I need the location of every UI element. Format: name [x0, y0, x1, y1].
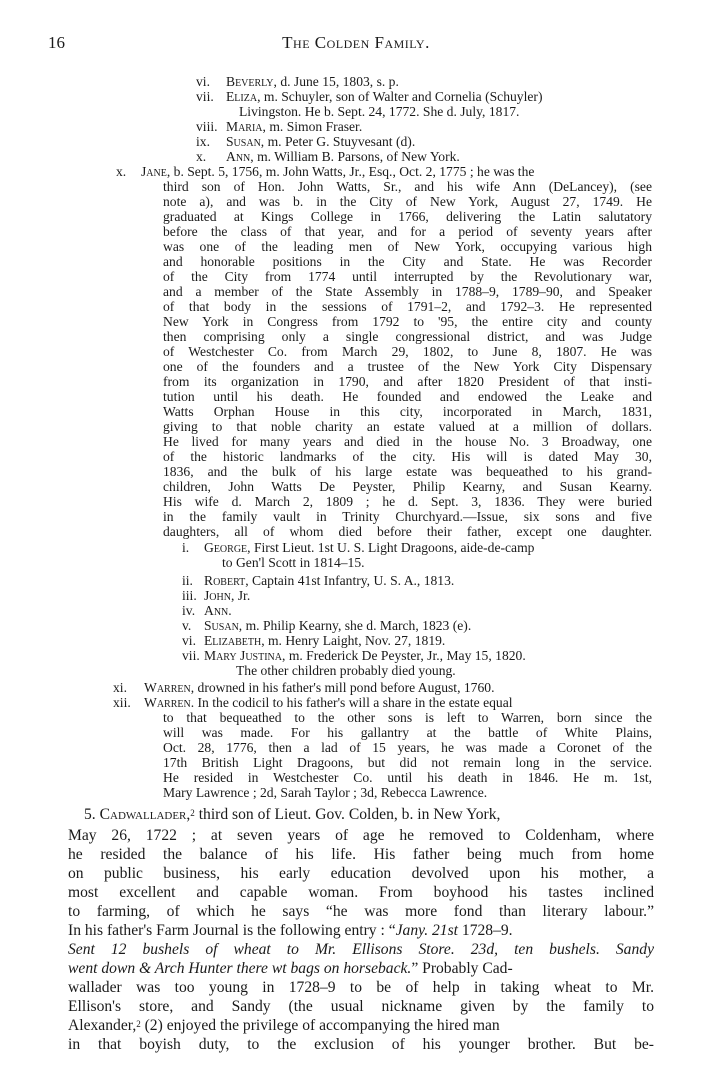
text-line: daughters, all of whom died before their…	[163, 524, 652, 539]
list-item: i.George, First Lieut. 1st U. S. Light D…	[182, 540, 534, 555]
entry-warren-xii-first-line: xii.Warren. In the codicil to his father…	[113, 695, 652, 710]
list-item: vi.Beverly, d. June 15, 1803, s. p.	[196, 74, 399, 89]
child-name: Beverly	[226, 74, 274, 89]
text-line: before the class of that year, and for a…	[163, 224, 652, 239]
list-item: vii.Eliza, m. Schuyler, son of Walter an…	[196, 89, 542, 104]
text-line: from its organization in 1790, and after…	[163, 374, 652, 389]
text-line: of the historic landmarks of the city. H…	[163, 449, 652, 464]
child-name: Maria	[226, 119, 263, 134]
section-5-first-line: 5. Cadwallader,2 third son of Lieut. Gov…	[84, 806, 654, 824]
list-item: iv.Ann.	[182, 603, 232, 618]
entry-jane-first-line: x.Jane, b. Sept. 5, 1756, m. John Watts,…	[116, 164, 652, 179]
child-name: Susan	[226, 134, 261, 149]
list-item: viii.Maria, m. Simon Fraser.	[196, 119, 362, 134]
child-name: Ann	[204, 603, 228, 618]
text-line: will was made. For his gallantry at the …	[163, 725, 652, 740]
list-item: vii.Mary Justina, m. Frederick De Peyste…	[182, 648, 526, 663]
section-name: Cadwallader,	[100, 806, 191, 823]
section-number: 5.	[84, 806, 96, 823]
text-line: of the City from 1774 until interrupted …	[163, 269, 652, 284]
text-line: then comprising only a single congressio…	[163, 329, 652, 344]
book-page: 16 The Colden Family. vi.Beverly, d. Jun…	[0, 0, 712, 1083]
text-line: He resided in Westchester Co. until his …	[163, 770, 652, 785]
text-line: in that boyish duty, to the exclusion of…	[68, 1036, 654, 1054]
text-line: of Westchester Co. from March 29, 1802, …	[163, 344, 652, 359]
text-line: wallader was too young in 1728–9 to be o…	[68, 979, 654, 997]
text-line: giving to that noble charity an estate v…	[163, 419, 652, 434]
text-line: to that bequeathed to the other sons is …	[163, 710, 652, 725]
journal-intro-line: In his father's Farm Journal is the foll…	[68, 922, 654, 940]
other-children-note: The other children probably died young.	[236, 663, 456, 678]
text-line: of that body in the sessions of 1791–2, …	[163, 299, 652, 314]
child-name: John	[204, 588, 231, 603]
journal-quote-end-line: went down & Arch Hunter there wt bags on…	[68, 960, 654, 978]
text-line: note a), and was b. in the City of New Y…	[163, 194, 652, 209]
text-line: Oct. 28, 1776, then a lad of 15 years, h…	[163, 740, 652, 755]
running-title: The Colden Family.	[0, 33, 712, 53]
text-line: one of the founders and a trustee of the…	[163, 359, 652, 374]
text-line: New York in Congress from 1792 to '95, t…	[163, 314, 652, 329]
page-header: 16 The Colden Family.	[0, 33, 712, 57]
text-line: Alexander,2 (2) enjoyed the privilege of…	[68, 1017, 654, 1035]
list-item: vi.Elizabeth, m. Henry Laight, Nov. 27, …	[182, 633, 445, 648]
text-line: graduated at Kings College in 1766, deli…	[163, 209, 652, 224]
list-item: ii.Robert, Captain 41st Infantry, U. S. …	[182, 573, 454, 588]
child-name: Eliza	[226, 89, 257, 104]
text-line: was one of the leading men of New York, …	[163, 239, 652, 254]
text-line: 1836, and the bulk of his large estate w…	[163, 464, 652, 479]
child-name: Robert	[204, 573, 245, 588]
entry-name: Warren	[144, 695, 191, 710]
list-item: ix.Susan, m. Peter G. Stuyvesant (d).	[196, 134, 415, 149]
child-name: Susan	[204, 618, 239, 633]
text-line: and a member of the State Assembly in 17…	[163, 284, 652, 299]
journal-quote-line: Sent 12 bushels of wheat to Mr. Ellisons…	[68, 941, 654, 959]
child-name: Elizabeth	[204, 633, 261, 648]
text-line: tution until his death. He founded and e…	[163, 389, 652, 404]
child-name: George	[204, 540, 247, 555]
text-line: He lived for many years and died in the …	[163, 434, 652, 449]
list-item: x.Ann, m. William B. Parsons, of New Yor…	[196, 149, 460, 164]
entry-name: Jane	[141, 164, 167, 179]
list-item-continuation: to Gen'l Scott in 1814–15.	[222, 555, 365, 570]
child-name: Mary Justina	[204, 648, 282, 663]
text-line: on public business, his early education …	[68, 865, 654, 883]
text-line: he resided the balance of his life. His …	[68, 846, 654, 864]
text-line: Mary Lawrence ; 2d, Sarah Taylor ; 3d, R…	[163, 785, 487, 800]
child-name: Ann	[226, 149, 250, 164]
text-line: May 26, 1722 ; at seven years of age he …	[68, 827, 654, 845]
list-item: v.Susan, m. Philip Kearny, she d. March,…	[182, 618, 471, 633]
text-line: Watts Orphan House in this city, incorpo…	[163, 404, 652, 419]
text-line: Ellison's store, and Sandy (the usual ni…	[68, 998, 654, 1016]
text-line: to farming, of which he says “he was mor…	[68, 903, 654, 921]
text-line: in the family vault in Trinity Churchyar…	[163, 509, 652, 524]
entry-name: Warren	[144, 680, 191, 695]
text-line: 17th British Light Dragoons, but did not…	[163, 755, 652, 770]
list-item-continuation: Livingston. He b. Sept. 24, 1772. She d.…	[239, 104, 519, 119]
text-line: children, John Watts De Peyster, Philip …	[163, 479, 652, 494]
list-item: iii.John, Jr.	[182, 588, 250, 603]
text-line: third son of Hon. John Watts, Sr., and h…	[163, 179, 652, 194]
text-line: His wife d. March 2, 1809 ; he d. Sept. …	[163, 494, 652, 509]
text-line: and honorable positions in the City and …	[163, 254, 652, 269]
entry-warren-xi: xi.Warren, drowned in his father's mill …	[113, 680, 494, 695]
text-line: most excellent and capable woman. From b…	[68, 884, 654, 902]
